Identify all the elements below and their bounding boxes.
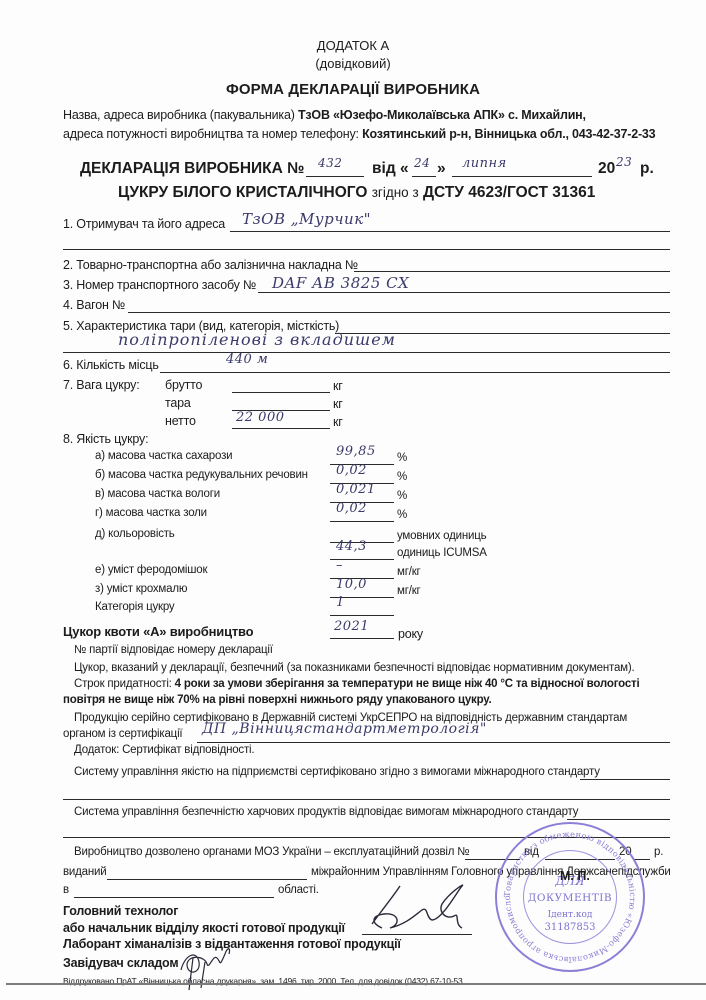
weight-row-label: нетто — [165, 414, 196, 428]
region-suffix: області. — [278, 884, 319, 896]
facility-label: адреса потужності виробництва та номер т… — [63, 127, 359, 141]
form-title: ФОРМА ДЕКЛАРАЦІЇ ВИРОБНИКА — [0, 81, 706, 98]
declaration-year[interactable]: 23 — [616, 155, 632, 169]
facility-line: адреса потужності виробництва та номер т… — [63, 127, 655, 141]
weight-row-unit: кг — [333, 397, 343, 411]
year-end: р. — [640, 160, 654, 178]
quality-row-value[interactable]: 44,3 — [336, 539, 367, 554]
appendix-title: ДОДАТОК А — [0, 38, 706, 53]
quality-row-label: г) масова частка золи — [95, 507, 207, 519]
declaration-month[interactable]: липня — [462, 156, 507, 171]
weight-label: 7. Вага цукру: — [63, 378, 140, 392]
chief-technologist-title: Головний технолог — [63, 904, 178, 918]
quota-label: Цукор квоти «А» виробництво — [63, 624, 253, 639]
fsms-note: Система управління безпечністю харчових … — [74, 806, 578, 818]
declaration-number[interactable]: 432 — [318, 156, 342, 170]
quality-row-label: з) уміст крохмалю — [95, 583, 187, 595]
appendix-note: (довідковий) — [0, 56, 706, 71]
company-stamp: Товариство з обмеженою відповідальністю … — [495, 822, 645, 972]
quality-label: 8. Якість цукру: — [63, 432, 148, 446]
shelf-life-line: Строк придатності: 4 роки за умови збері… — [74, 678, 639, 690]
product-standard: ДСТУ 4623/ГОСТ 31361 — [423, 184, 595, 201]
permit-line: Виробництво дозволено органами МОЗ Украї… — [74, 846, 469, 858]
quality-row-unit: мг/кг — [397, 566, 421, 578]
issued-label: виданий — [63, 866, 106, 878]
quota-value[interactable]: 2021 — [334, 619, 369, 634]
producer-label: Назва, адреса виробника (пакувальника) — [63, 108, 295, 122]
stamp-code-label: Ідент.код — [497, 910, 643, 920]
weight-row-label: брутто — [165, 378, 202, 392]
quality-row-label: Категорія цукру — [95, 601, 174, 613]
quality-row-unit: одиниць ICUMSA — [397, 547, 487, 559]
quality-row-label: б) масова частка редукувальних речовин — [95, 469, 308, 481]
weight-row-value[interactable]: 22 000 — [236, 410, 285, 425]
quality-row-value[interactable]: 10,0 — [336, 577, 367, 592]
date-prefix: від « — [372, 160, 409, 178]
quality-row-unit: % — [397, 471, 407, 483]
waybill-label: 2. Товарно-транспортна або залізнична на… — [63, 258, 358, 272]
stamp-code-value: 31187853 — [497, 922, 643, 933]
product-name: ЦУКРУ БІЛОГО КРИСТАЛІЧНОГО — [118, 184, 367, 201]
quality-row-unit: % — [397, 490, 407, 502]
places-value[interactable]: 440 м — [226, 352, 268, 367]
quality-head-title: або начальник відділу якості готової про… — [63, 921, 345, 935]
cert-body-label: органом із сертифікації — [63, 728, 182, 740]
safety-note: Цукор, вказаний у декларації, безпечний … — [74, 662, 635, 674]
quality-row-unit: % — [397, 509, 407, 521]
wagon-label: 4. Вагон № — [63, 298, 125, 312]
qms-note: Систему управління якістю на підприємств… — [74, 766, 600, 778]
quality-row-value[interactable]: – — [336, 558, 343, 573]
stamp-line-2: ДОКУМЕНТІВ — [497, 892, 643, 904]
shelf-life-text-2: повітря не вище ніж 70% на рівні поверхн… — [63, 694, 491, 706]
cert-body-value[interactable]: ДП „Вінницястандартметрологія" — [202, 721, 487, 737]
recipient-label: 1. Отримувач та його адреса — [63, 217, 225, 231]
shelf-life-text-1: 4 роки за умови зберігання за температур… — [175, 678, 640, 690]
quality-row-label: е) уміст феродомішок — [95, 564, 207, 576]
quality-row-unit: умовних одиниць — [397, 530, 486, 542]
quality-row-label: д) кольоровість — [95, 528, 175, 540]
shelf-life-label: Строк придатності: — [74, 678, 172, 690]
quality-row-value[interactable]: 0,02 — [336, 463, 367, 478]
seal-label: М. П. — [560, 869, 590, 883]
quality-row-value[interactable]: 1 — [336, 595, 345, 610]
batch-note: № партії відповідає номеру декларації — [74, 644, 273, 656]
declaration-day[interactable]: 24 — [414, 156, 430, 170]
product-mid: згідно з — [372, 185, 419, 200]
quality-row-value[interactable]: 99,85 — [336, 444, 376, 459]
quality-row-unit: мг/кг — [397, 585, 421, 597]
quality-row-unit: % — [397, 452, 407, 464]
year-prefix: 20 — [598, 160, 615, 178]
region-prefix: в — [63, 884, 69, 896]
vehicle-label: 3. Номер транспортного засобу № — [63, 278, 256, 292]
quality-row-label: в) масова частка вологи — [95, 488, 220, 500]
facility-value: Козятинський р-н, Вінницька обл., 043-42… — [362, 127, 655, 141]
product-line: ЦУКРУ БІЛОГО КРИСТАЛІЧНОГО згідно з ДСТУ… — [118, 184, 595, 202]
attachment-note: Додаток: Сертифікат відповідності. — [74, 744, 254, 756]
weight-row-unit: кг — [333, 379, 343, 393]
places-label: 6. Кількість місць — [63, 358, 159, 372]
weight-row-label: тара — [165, 396, 191, 410]
producer-value: ТзОВ «Юзефо-Миколаївська АПК» с. Михайли… — [298, 108, 586, 122]
technologist-signature — [362, 880, 472, 936]
declaration-page: ДОДАТОК А (довідковий) ФОРМА ДЕКЛАРАЦІЇ … — [0, 0, 706, 1000]
quality-row-value[interactable]: 0,021 — [336, 482, 376, 497]
quality-row-label: а) масова частка сахарози — [95, 450, 232, 462]
quality-row-value[interactable]: 0,02 — [336, 501, 367, 516]
tare-value[interactable]: поліпропіленові з вкладишем — [118, 330, 396, 349]
page-edge — [6, 983, 706, 985]
vehicle-value[interactable]: DAF АВ 3825 СХ — [272, 274, 409, 292]
permit-year-end: р. — [654, 846, 663, 858]
producer-line: Назва, адреса виробника (пакувальника) Т… — [63, 108, 586, 122]
weight-row-unit: кг — [333, 415, 343, 429]
recipient-value[interactable]: ТзОВ „Мурчик" — [242, 210, 371, 228]
warehouse-head-title: Завідувач складом — [63, 956, 178, 970]
declaration-title: ДЕКЛАРАЦІЯ ВИРОБНИКА № — [80, 160, 304, 178]
quota-unit: року — [398, 627, 423, 641]
date-mid: » — [437, 160, 446, 178]
